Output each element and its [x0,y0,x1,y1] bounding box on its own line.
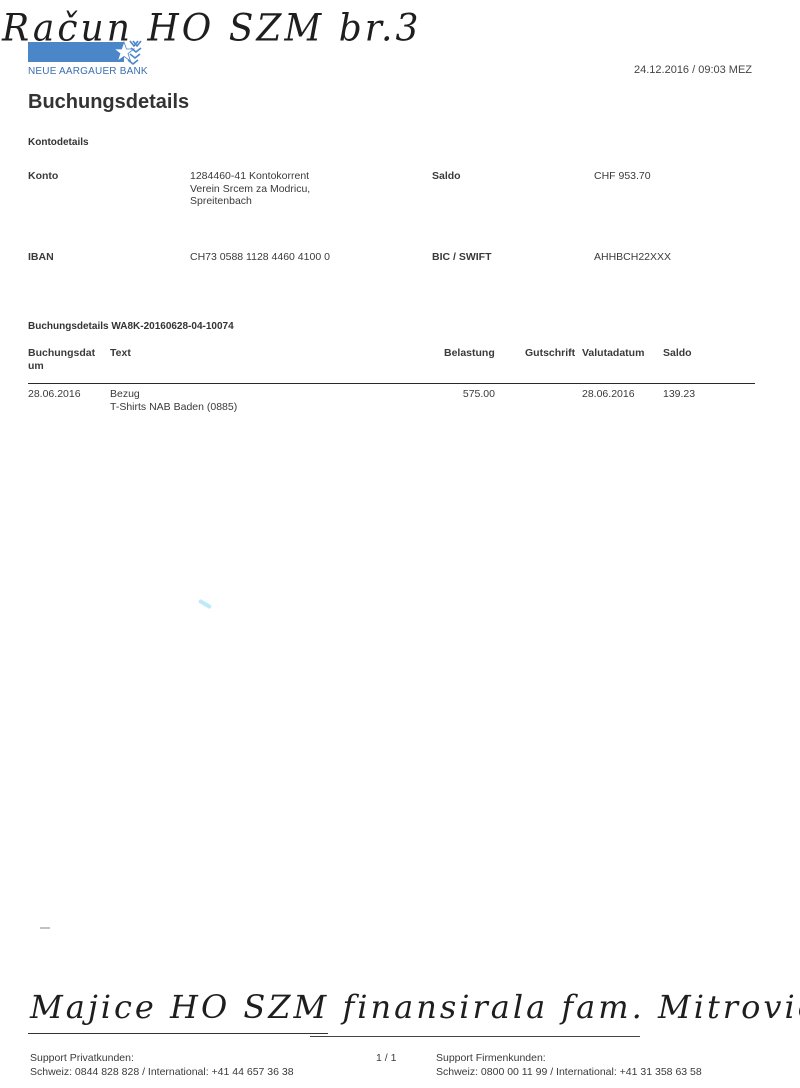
column-header-balance: Saldo [663,347,692,360]
footer-business-support: Support Firmenkunden: Schweiz: 0800 00 1… [436,1051,702,1079]
bic-label: BIC / SWIFT [432,251,492,263]
column-header-debit: Belastung [444,347,495,360]
column-header-line: Buchungsdat [28,347,104,360]
page-number: 1 / 1 [376,1051,396,1065]
scan-speck [198,599,212,609]
handwritten-note-bottom: Majice HO SZM finansirala fam. Mitrović … [30,988,800,1026]
bank-name: NEUE AARGAUER BANK [28,66,148,77]
footer-private-label: Support Privatkunden: [30,1051,294,1065]
bic-value: AHHBCH22XXX [594,251,671,264]
column-header-line: um [28,360,104,373]
row-debit: 575.00 [455,388,495,401]
saldo-value: CHF 953.70 [594,170,651,183]
column-header-booking-date: Buchungsdat um [28,347,104,372]
table-header-divider [28,383,755,384]
konto-value: 1284460-41 Kontokorrent Verein Srcem za … [190,170,310,208]
row-text: Bezug T-Shirts NAB Baden (0885) [110,388,237,413]
print-datetime: 24.12.2016 / 09:03 MEZ [634,64,752,76]
iban-value: CH73 0588 1128 4460 4100 0 [190,251,330,264]
konto-line: 1284460-41 Kontokorrent [190,170,310,183]
footer-business-phones: Schweiz: 0800 00 11 99 / International: … [436,1065,702,1079]
row-text-line: T-Shirts NAB Baden (0885) [110,401,237,414]
iban-label: IBAN [28,251,54,263]
footer-business-label: Support Firmenkunden: [436,1051,702,1065]
konto-line: Verein Srcem za Modricu, [190,183,310,196]
footer-private-support: Support Privatkunden: Schweiz: 0844 828 … [30,1051,294,1079]
handwritten-underline [310,1036,640,1037]
konto-label: Konto [28,170,58,182]
row-booking-date: 28.06.2016 [28,388,81,401]
column-header-text: Text [110,347,131,360]
column-header-credit: Gutschrift [525,347,575,360]
konto-line: Spreitenbach [190,195,310,208]
row-balance: 139.23 [663,388,695,401]
bank-logo-star-icon [108,38,144,66]
handwritten-underline [28,1033,328,1034]
saldo-label: Saldo [432,170,461,182]
footer-private-phones: Schweiz: 0844 828 828 / International: +… [30,1065,294,1079]
row-value-date: 28.06.2016 [582,388,635,401]
account-section-title: Kontodetails [28,137,89,148]
transaction-title: Buchungsdetails WA8K-20160628-04-10074 [28,321,234,332]
column-header-value-date: Valutadatum [582,347,644,360]
scan-speck [40,927,50,929]
row-text-line: Bezug [110,388,237,401]
page-title: Buchungsdetails [28,91,189,114]
